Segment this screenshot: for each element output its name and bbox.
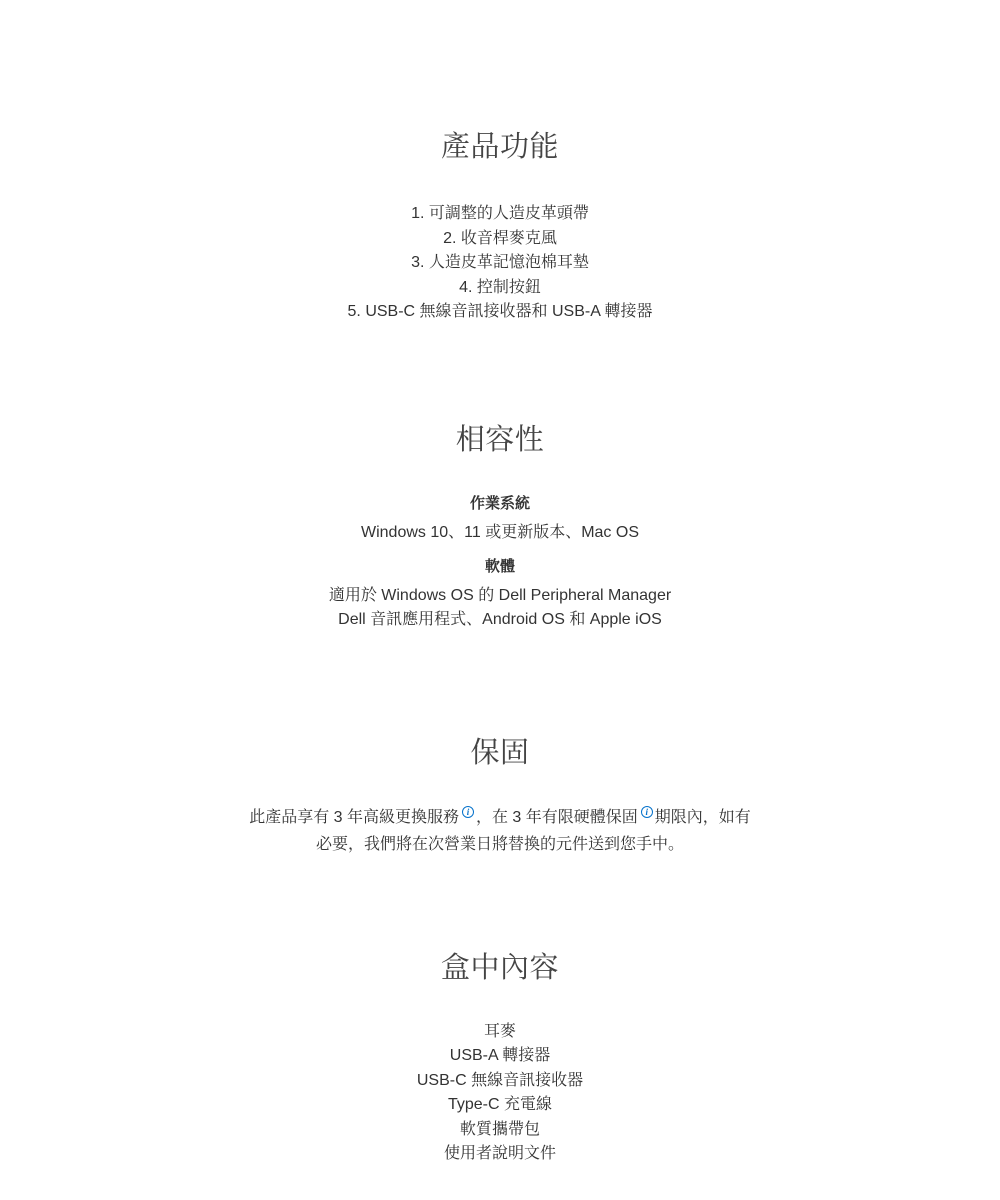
features-heading: 產品功能 [0,132,1000,163]
software-line-1: 適用於 Windows OS 的 Dell Peripheral Manager [0,584,1000,608]
box-content-item: 使用者說明文件 [0,1142,1000,1167]
feature-item: 2. 收音桿麥克風 [0,227,1000,252]
info-icon-glyph: i [462,806,474,818]
os-value: Windows 10、11 或更新版本、Mac OS [0,521,1000,545]
product-info-page: 產品功能 1. 可調整的人造皮革頭帶 2. 收音桿麥克風 3. 人造皮革記憶泡棉… [0,0,1000,1200]
section-box-contents: 盒中內容 耳麥 USB-A 轉接器 USB-C 無線音訊接收器 Type-C 充… [0,953,1000,1167]
warranty-segment: ，在 3 年有限硬體保固 [476,809,638,826]
software-line-2: Dell 音訊應用程式、Android OS 和 Apple iOS [0,608,1000,632]
box-content-item: USB-C 無線音訊接收器 [0,1069,1000,1094]
box-content-item: 軟質攜帶包 [0,1118,1000,1143]
feature-item: 3. 人造皮革記憶泡棉耳墊 [0,251,1000,276]
compatibility-body: 作業系統 Windows 10、11 或更新版本、Mac OS 軟體 適用於 W… [0,492,1000,632]
feature-item: 5. USB-C 無線音訊接收器和 USB-A 轉接器 [0,300,1000,325]
feature-list: 1. 可調整的人造皮革頭帶 2. 收音桿麥克風 3. 人造皮革記憶泡棉耳墊 4.… [0,202,1000,325]
software-label: 軟體 [0,555,1000,579]
warranty-segment: 此產品享有 3 年高級更換服務 [249,809,459,826]
box-contents-list: 耳麥 USB-A 轉接器 USB-C 無線音訊接收器 Type-C 充電線 軟質… [0,1020,1000,1167]
os-label: 作業系統 [0,492,1000,516]
box-content-item: USB-A 轉接器 [0,1044,1000,1069]
box-contents-heading: 盒中內容 [0,953,1000,984]
section-compatibility: 相容性 作業系統 Windows 10、11 或更新版本、Mac OS 軟體 適… [0,425,1000,632]
box-content-item: Type-C 充電線 [0,1093,1000,1118]
info-icon[interactable]: i [641,806,653,818]
info-icon-glyph: i [641,806,653,818]
warranty-heading: 保固 [0,738,1000,769]
section-warranty: 保固 此產品享有 3 年高級更換服務i，在 3 年有限硬體保固i期限內，如有必要… [0,738,1000,858]
info-icon[interactable]: i [462,806,474,818]
warranty-text: 此產品享有 3 年高級更換服務i，在 3 年有限硬體保固i期限內，如有必要，我們… [243,804,758,858]
feature-item: 4. 控制按鈕 [0,276,1000,301]
compatibility-heading: 相容性 [0,425,1000,456]
box-content-item: 耳麥 [0,1020,1000,1045]
section-product-features: 產品功能 1. 可調整的人造皮革頭帶 2. 收音桿麥克風 3. 人造皮革記憶泡棉… [0,0,1000,325]
feature-item: 1. 可調整的人造皮革頭帶 [0,202,1000,227]
